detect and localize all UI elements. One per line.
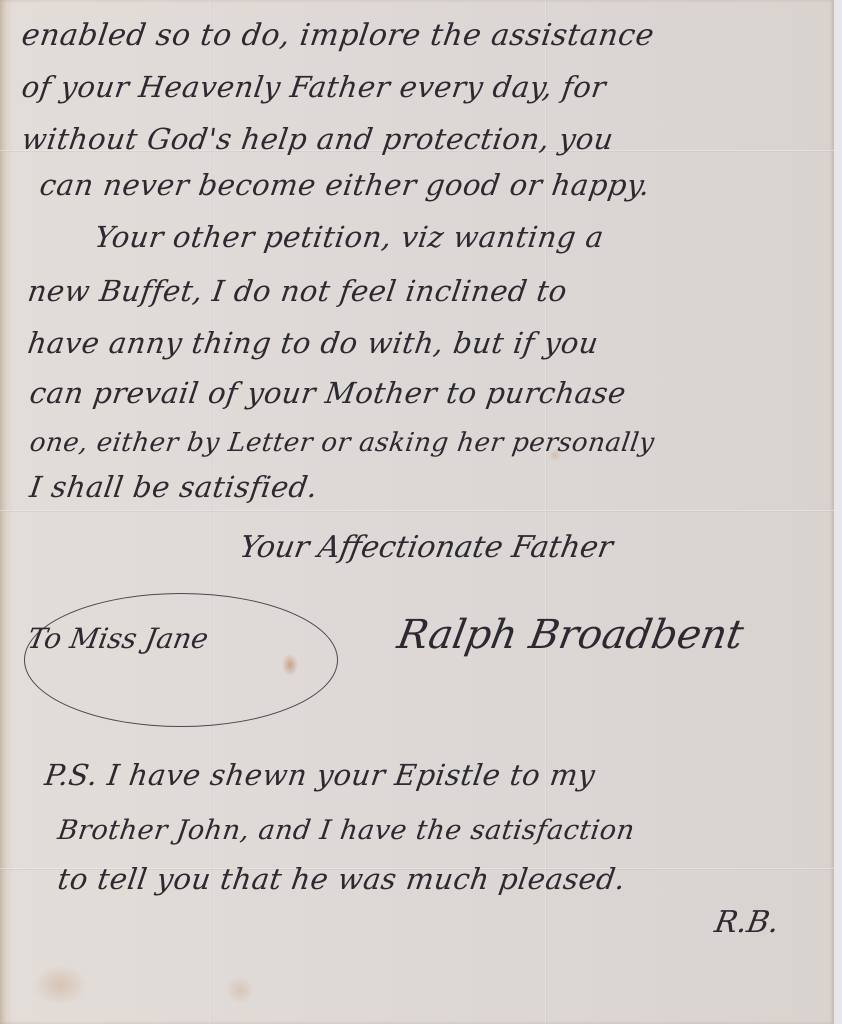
body-line: can never become either good or happy. [38,168,653,202]
body-line: of your Heavenly Father every day, for [20,70,609,104]
body-line: enabled so to do, implore the assistance [20,18,657,53]
postscript-line: Brother John, and I have the satisfactio… [56,815,637,846]
body-line: without God's help and protection, you [20,122,616,156]
postscript-line: to tell you that he was much pleased. [56,862,628,896]
body-line: I shall be satisfied. [28,470,320,504]
signature: Ralph Broadbent [394,612,747,658]
letter-page: enabled so to do, implore the assistance… [0,0,834,1024]
body-line: new Buffet, I do not feel inclined to [26,274,570,308]
fold-crease [0,510,834,512]
initials: R.B. [712,905,782,940]
closing: Your Affectionate Father [237,530,616,565]
body-line: have anny thing to do with, but if you [26,326,601,360]
postscript-line: P.S. I have shewn your Epistle to my [43,758,598,792]
address-oval [24,593,338,727]
addressee: To Miss Jane [25,622,211,655]
body-line: can prevail of your Mother to purchase [28,376,629,410]
body-line: Your other petition, viz wanting a [93,220,606,254]
body-line: one, either by Letter or asking her pers… [28,428,656,458]
